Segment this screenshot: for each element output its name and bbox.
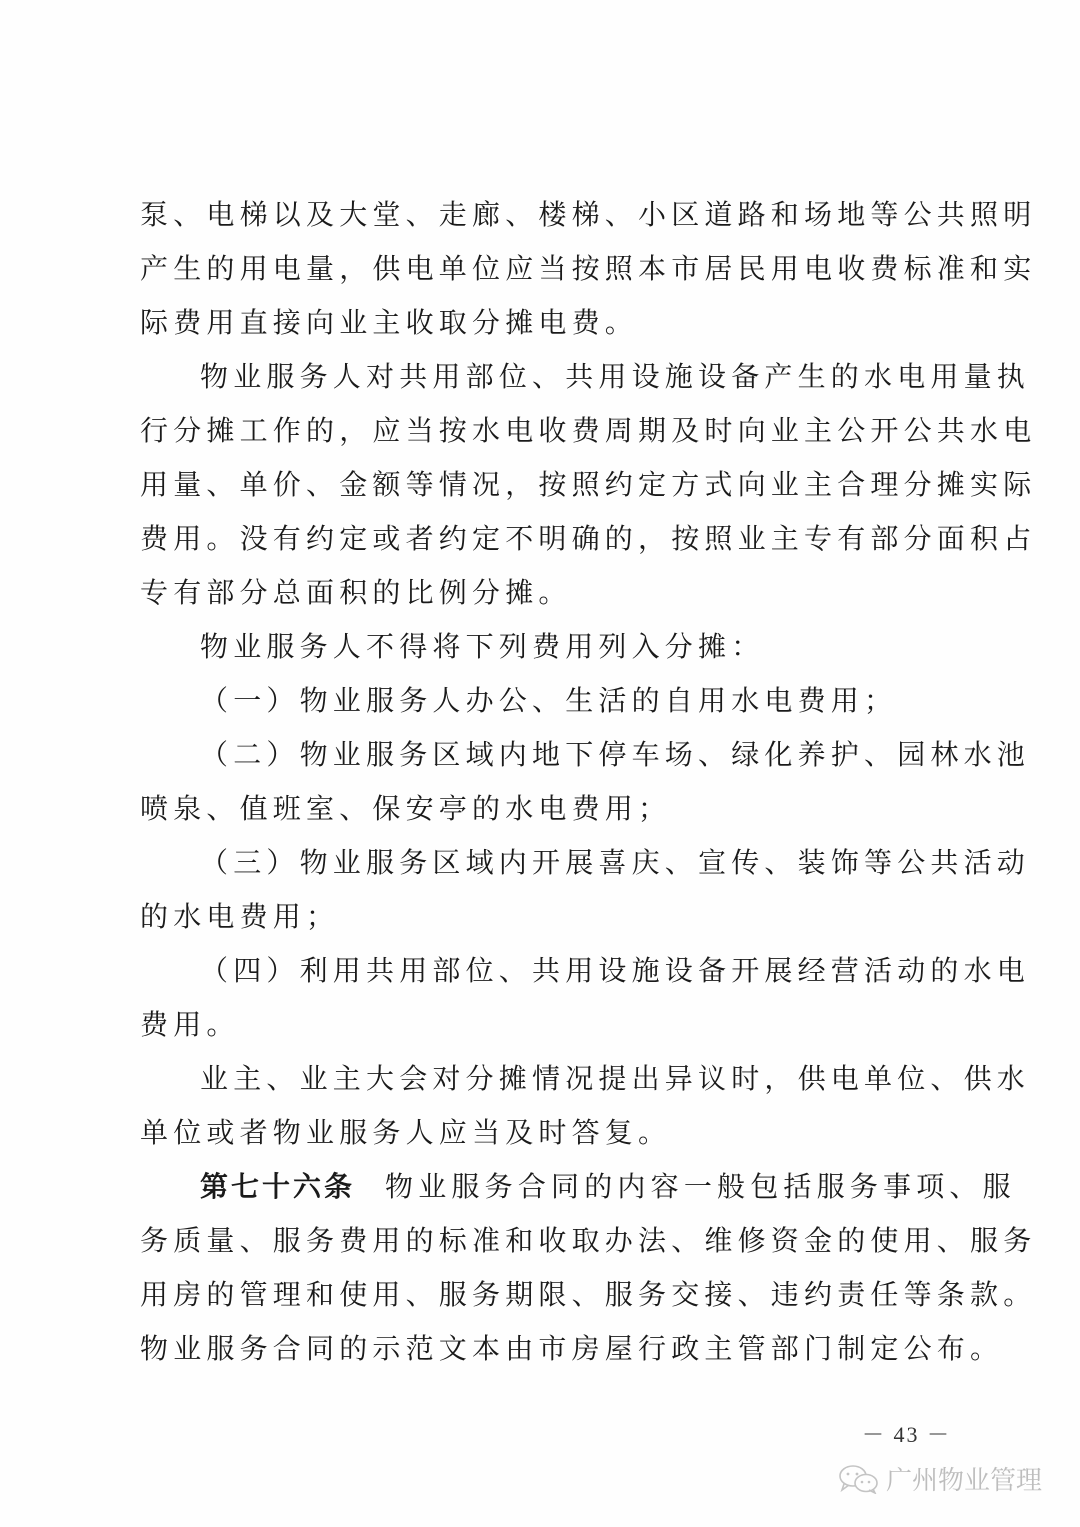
text-line: 用量、单价、金额等情况，按照约定方式向业主合理分摊实际 [140,458,950,512]
list-item-1: （一）物业服务人办公、生活的自用水电费用； [140,674,950,728]
text-line: 务质量、服务费用的标准和收取办法、维修资金的使用、服务 [140,1214,950,1268]
text-line: 产生的用电量，供电单位应当按照本市居民用电收费标准和实 [140,242,950,296]
page-number: － 43 － [862,1418,951,1449]
wechat-icon [838,1464,880,1494]
article-text: 物业服务合同的内容一般包括服务事项、服 [385,1170,1016,1203]
text-line: 行分摊工作的，应当按水电收费周期及时向业主公开公共水电 [140,404,950,458]
text-line: 单位或者物业服务人应当及时答复。 [140,1106,950,1160]
text-line: 喷泉、值班室、保安亭的水电费用； [140,782,950,836]
list-item-4: （四）利用共用部位、共用设施设备开展经营活动的水电 [140,944,950,998]
document-page: 泵、电梯以及大堂、走廊、楼梯、小区道路和场地等公共照明 产生的用电量，供电单位应… [0,0,1080,1527]
text-line: 物业服务人对共用部位、共用设施设备产生的水电用量执 [140,350,950,404]
text-line: 物业服务人不得将下列费用列入分摊： [140,620,950,674]
list-item-3: （三）物业服务区域内开展喜庆、宣传、装饰等公共活动 [140,836,950,890]
list-item-2: （二）物业服务区域内地下停车场、绿化养护、园林水池 [140,728,950,782]
text-line: 际费用直接向业主收取分摊电费。 [140,296,950,350]
text-line: 业主、业主大会对分摊情况提出异议时，供电单位、供水 [140,1052,950,1106]
text-line: 泵、电梯以及大堂、走廊、楼梯、小区道路和场地等公共照明 [140,188,950,242]
text-line: 的水电费用； [140,890,950,944]
text-line: 专有部分总面积的比例分摊。 [140,566,950,620]
watermark-text: 广州物业管理 [886,1460,1042,1497]
text-line: 用房的管理和使用、服务期限、服务交接、违约责任等条款。 [140,1268,950,1322]
article-heading: 第七十六条 [200,1170,355,1203]
text-line: 费用。 [140,998,950,1052]
text-line: 物业服务合同的示范文本由市房屋行政主管部门制定公布。 [140,1322,950,1376]
article-76-first-line: 第七十六条物业服务合同的内容一般包括服务事项、服 [140,1160,950,1214]
document-body: 泵、电梯以及大堂、走廊、楼梯、小区道路和场地等公共照明 产生的用电量，供电单位应… [140,188,950,1376]
text-line: 费用。没有约定或者约定不明确的，按照业主专有部分面积占 [140,512,950,566]
watermark: 广州物业管理 [838,1460,1042,1497]
